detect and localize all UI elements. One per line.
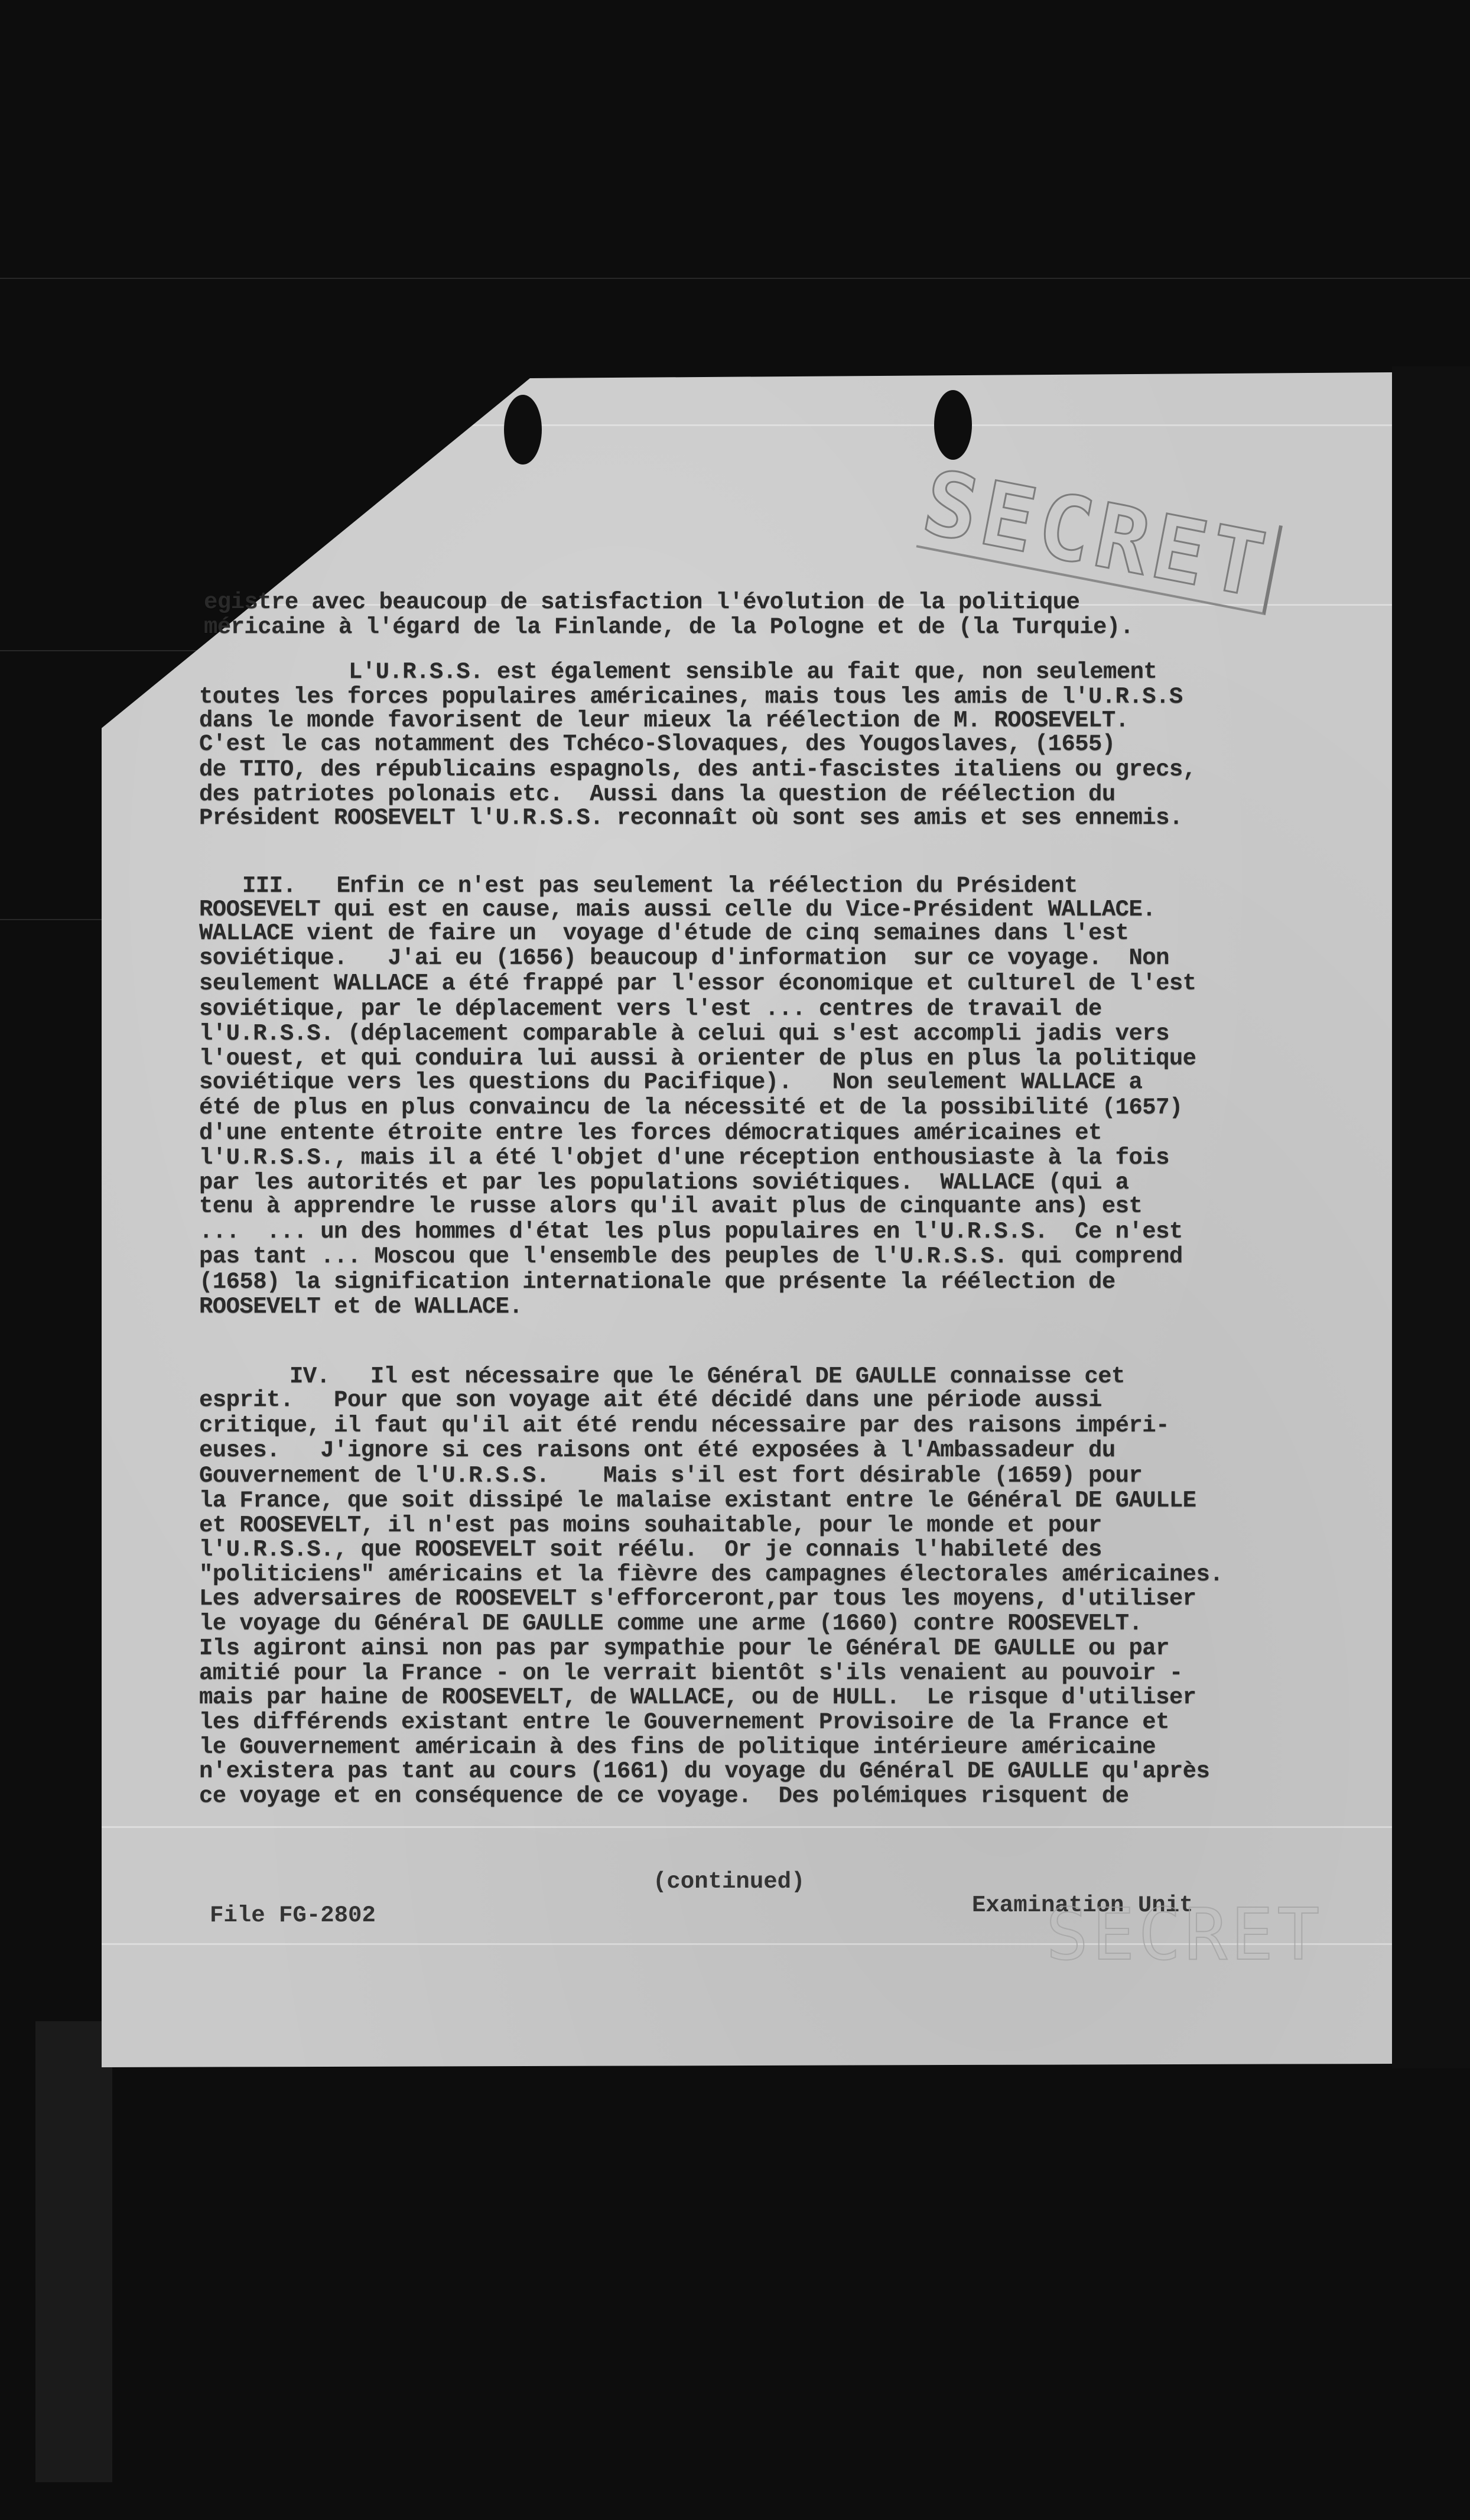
page-shadow (1392, 366, 1470, 2068)
text-line: Ils agiront ainsi non pas par sympathie … (199, 1637, 1169, 1660)
text-line: soviétique. J'ai eu (1656) beaucoup d'in… (199, 947, 1169, 970)
text-line: par les autorités et par les populations… (199, 1171, 1128, 1194)
text-line: (1658) la signification internationale q… (199, 1271, 1115, 1294)
text-line: l'ouest, et qui conduira lui aussi à ori… (199, 1047, 1196, 1070)
text-line: toutes les forces populaires américaines… (199, 686, 1183, 709)
text-line: Président ROOSEVELT l'U.R.S.S. reconnaît… (199, 807, 1183, 830)
text-line: IV. Il est nécessaire que le Général DE … (290, 1365, 1125, 1388)
text-line: egistre avec beaucoup de satisfaction l'… (204, 591, 1079, 614)
punch-hole-icon (504, 395, 542, 465)
text-line: et ROOSEVELT, il n'est pas moins souhait… (199, 1514, 1102, 1537)
text-line: critique, il faut qu'il ait été rendu né… (199, 1414, 1169, 1437)
text-line: de TITO, des républicains espagnols, des… (199, 758, 1196, 781)
scan-line (102, 1826, 1392, 1828)
text-line: ... ... un des hommes d'état les plus po… (199, 1220, 1183, 1243)
text-line: ROOSEVELT et de WALLACE. (199, 1295, 522, 1319)
continued-label: (continued) (653, 1870, 805, 1894)
secret-stamp-faint: SECRET (1046, 1900, 1323, 1971)
text-line: soviétique, par le déplacement vers l'es… (199, 998, 1102, 1021)
text-line: seulement WALLACE a été frappé par l'ess… (199, 972, 1196, 995)
text-line: pas tant ... Moscou que l'ensemble des p… (199, 1245, 1183, 1268)
text-line: Les adversaires de ROOSEVELT s'efforcero… (199, 1587, 1196, 1610)
text-line: d'une entente étroite entre les forces d… (199, 1122, 1102, 1145)
scan-line (0, 278, 1470, 279)
text-line: la France, que soit dissipé le malaise e… (199, 1489, 1196, 1512)
text-line: des patriotes polonais etc. Aussi dans l… (199, 783, 1115, 806)
text-line: Gouvernement de l'U.R.S.S. Mais s'il est… (199, 1464, 1142, 1488)
text-line: n'existera pas tant au cours (1661) du v… (199, 1760, 1209, 1783)
film-edge (35, 2021, 112, 2482)
scan-line (102, 424, 1392, 426)
text-line: le Gouvernement américain à des fins de … (199, 1736, 1156, 1759)
text-line: euses. J'ignore si ces raisons ont été e… (199, 1439, 1115, 1462)
text-line: L'U.R.S.S. est également sensible au fai… (349, 661, 1157, 684)
text-line: WALLACE vient de faire un voyage d'étude… (199, 922, 1128, 945)
text-line: dans le monde favorisent de leur mieux l… (199, 709, 1128, 732)
text-line: III. Enfin ce n'est pas seulement la réé… (242, 875, 1078, 898)
text-line: ce voyage et en conséquence de ce voyage… (199, 1785, 1128, 1808)
text-line: le voyage du Général DE GAULLE comme une… (199, 1612, 1142, 1635)
punch-hole-icon (934, 390, 972, 460)
text-line: l'U.R.S.S., mais il a été l'objet d'une … (199, 1147, 1169, 1170)
text-line: amitié pour la France - on le verrait bi… (199, 1662, 1183, 1685)
text-line: soviétique vers les questions du Pacifiq… (199, 1071, 1142, 1094)
text-line: ROOSEVELT qui est en cause, mais aussi c… (199, 898, 1156, 921)
text-line: été de plus en plus convaincu de la néce… (199, 1096, 1183, 1119)
text-line: C'est le cas notamment des Tchéco-Slovaq… (199, 733, 1115, 756)
file-number: File FG-2802 (210, 1904, 376, 1927)
text-line: mais par haine de ROOSEVELT, de WALLACE,… (199, 1686, 1196, 1709)
text-line: les différends existant entre le Gouvern… (199, 1711, 1169, 1734)
text-line: l'U.R.S.S., que ROOSEVELT soit réélu. Or… (199, 1538, 1102, 1561)
text-line: tenu à apprendre le russe alors qu'il av… (199, 1195, 1142, 1218)
text-line: "politiciens" américains et la fièvre de… (199, 1563, 1223, 1586)
text-line: esprit. Pour que son voyage ait été déci… (199, 1389, 1102, 1412)
text-line: l'U.R.S.S. (déplacement comparable à cel… (199, 1022, 1169, 1045)
text-line: méricaine à l'égard de la Finlande, de l… (204, 616, 1133, 639)
